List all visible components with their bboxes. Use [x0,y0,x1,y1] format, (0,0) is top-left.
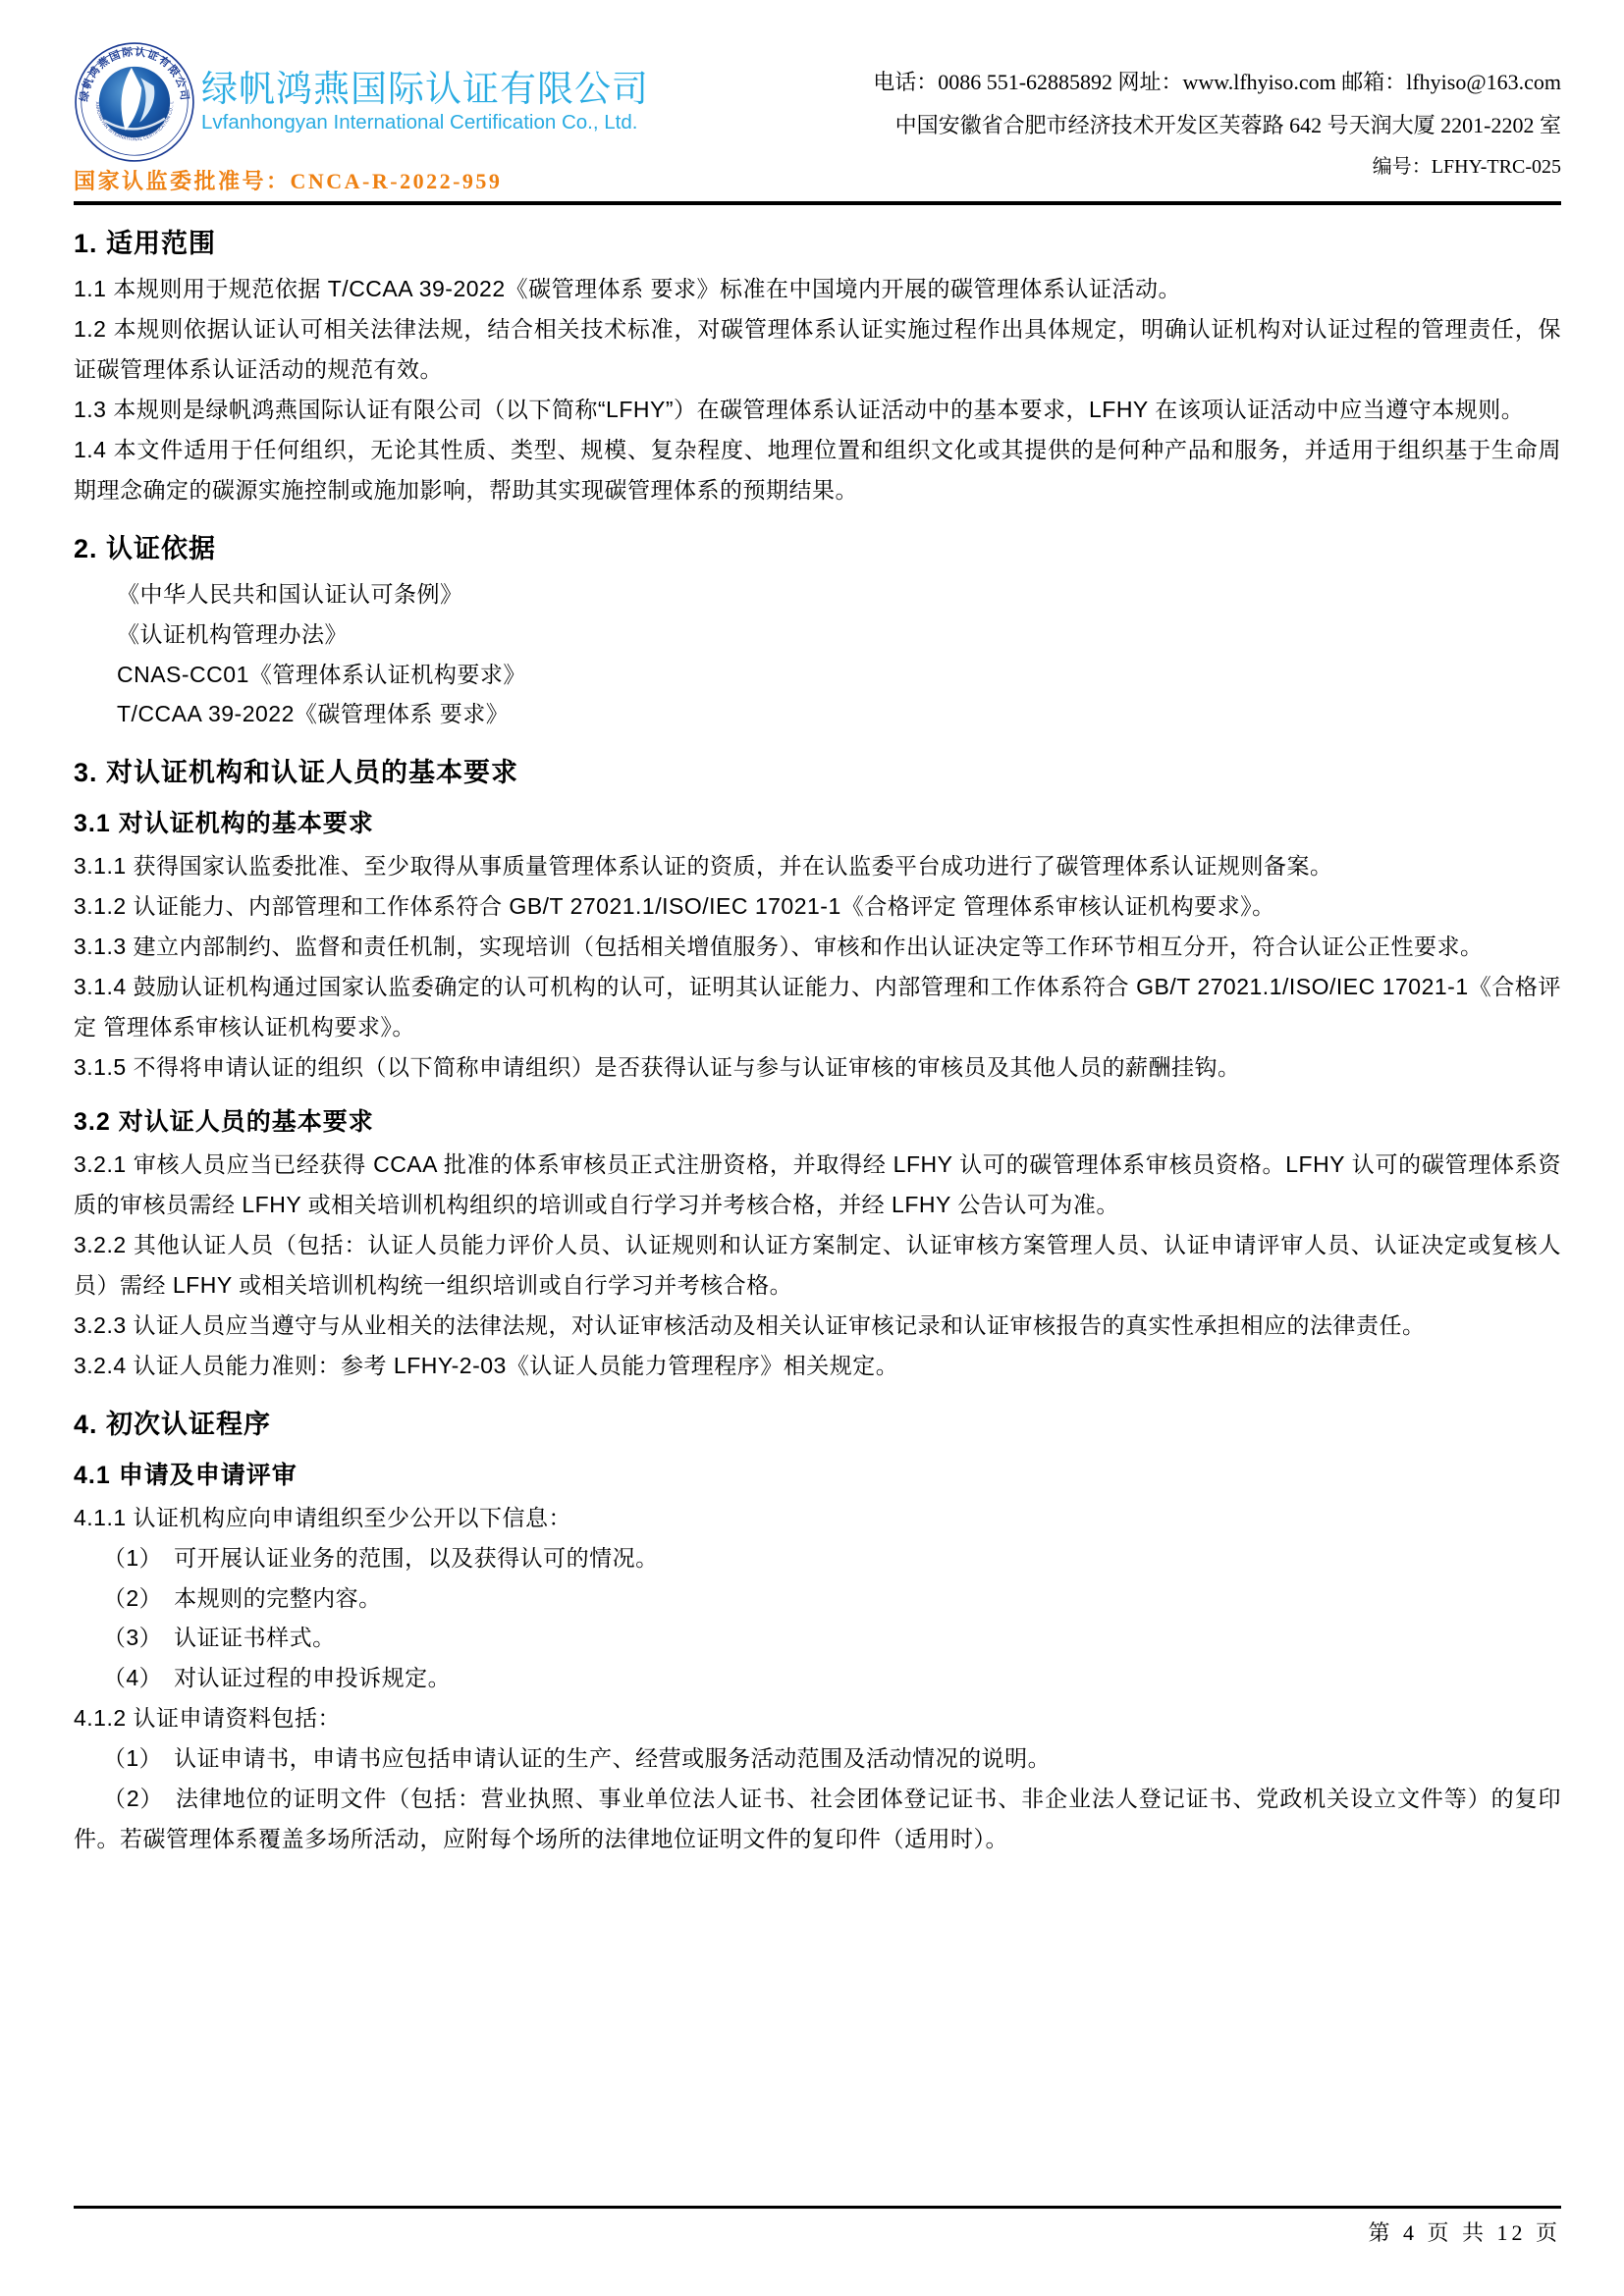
paragraph: 3.1.5 不得将申请认证的组织（以下简称申请组织）是否获得认证与参与认证审核的… [74,1047,1561,1088]
paragraph: 3.2.3 认证人员应当遵守与从业相关的法律法规，对认证审核活动及相关认证审核记… [74,1306,1561,1346]
list-item: （4） 对认证过程的申投诉规定。 [74,1658,1561,1698]
document-page: 绿帆鸿燕国际认证有限公司 LVFANHONGYAN INTERNATIONAL … [0,0,1624,2296]
header-contact-block: 电话：0086 551-62885892 网址：www.lfhyiso.com … [873,41,1561,187]
list-item: （2） 本规则的完整内容。 [74,1578,1561,1619]
subsection-heading: 3.2 对认证人员的基本要求 [74,1102,1561,1138]
page-number: 第 4 页 共 12 页 [1368,2220,1561,2245]
paragraph: 1.2 本规则依据认证认可相关法律法规，结合相关技术标准，对碳管理体系认证实施过… [74,309,1561,390]
header-brand-block: 绿帆鸿燕国际认证有限公司 LVFANHONGYAN INTERNATIONAL … [74,41,649,195]
paragraph: 4.1.2 认证申请资料包括： [74,1698,1561,1738]
section-heading: 4. 初次认证程序 [74,1403,1561,1441]
list-item: （1） 认证申请书，申请书应包括申请认证的生产、经营或服务活动范围及活动情况的说… [74,1738,1561,1779]
paragraph: 4.1.1 认证机构应向申请组织至少公开以下信息： [74,1498,1561,1538]
paragraph: 3.2.4 认证人员能力准则：参考 LFHY-2-03《认证人员能力管理程序》相… [74,1346,1561,1386]
list-item: （3） 认证证书样式。 [74,1618,1561,1658]
list-item: （2） 法律地位的证明文件（包括：营业执照、事业单位法人证书、社会团体登记证书、… [74,1779,1561,1859]
company-name-en: Lvfanhongyan International Certification… [201,110,649,135]
reference-item: T/CCAA 39-2022《碳管理体系 要求》 [74,694,1561,734]
list-item: （1） 可开展认证业务的范围，以及获得认可的情况。 [74,1538,1561,1578]
paragraph: 1.3 本规则是绿帆鸿燕国际认证有限公司（以下简称“LFHY”）在碳管理体系认证… [74,390,1561,430]
cnca-approval-number: 国家认监委批准号：CNCA-R-2022-959 [74,165,649,195]
paragraph: 3.1.4 鼓励认证机构通过国家认监委确定的认可机构的认可，证明其认证能力、内部… [74,967,1561,1047]
company-logo-icon: 绿帆鸿燕国际认证有限公司 LVFANHONGYAN INTERNATIONAL … [74,41,195,163]
section-heading: 2. 认证依据 [74,527,1561,565]
reference-item: CNAS-CC01《管理体系认证机构要求》 [74,655,1561,695]
contact-line-phone-web-mail: 电话：0086 551-62885892 网址：www.lfhyiso.com … [873,61,1561,104]
company-name-zh: 绿帆鸿燕国际认证有限公司 [201,69,649,111]
brand-row: 绿帆鸿燕国际认证有限公司 LVFANHONGYAN INTERNATIONAL … [74,41,649,163]
paragraph: 3.1.2 认证能力、内部管理和工作体系符合 GB/T 27021.1/ISO/… [74,886,1561,927]
section-heading: 3. 对认证机构和认证人员的基本要求 [74,751,1561,789]
document-footer: 第 4 页 共 12 页 [74,2206,1561,2247]
company-names: 绿帆鸿燕国际认证有限公司 Lvfanhongyan International … [201,69,649,135]
document-header: 绿帆鸿燕国际认证有限公司 LVFANHONGYAN INTERNATIONAL … [74,41,1561,205]
paragraph: 1.4 本文件适用于任何组织，无论其性质、类型、规模、复杂程度、地理位置和组织文… [74,430,1561,510]
reference-item: 《中华人民共和国认证认可条例》 [74,574,1561,614]
contact-line-address: 中国安徽省合肥市经济技术开发区芙蓉路 642 号天润大厦 2201-2202 室 [873,104,1561,147]
document-number: 编号：LFHY-TRC-025 [873,147,1561,187]
paragraph: 3.1.1 获得国家认监委批准、至少取得从事质量管理体系认证的资质，并在认监委平… [74,846,1561,886]
subsection-heading: 4.1 申请及申请评审 [74,1456,1561,1491]
subsection-heading: 3.1 对认证机构的基本要求 [74,804,1561,839]
paragraph: 3.2.1 审核人员应当已经获得 CCAA 批准的体系审核员正式注册资格，并取得… [74,1145,1561,1225]
section-heading: 1. 适用范围 [74,222,1561,260]
paragraph: 3.2.2 其他认证人员（包括：认证人员能力评价人员、认证规则和认证方案制定、认… [74,1225,1561,1306]
reference-item: 《认证机构管理办法》 [74,614,1561,655]
paragraph: 1.1 本规则用于规范依据 T/CCAA 39-2022《碳管理体系 要求》标准… [74,269,1561,309]
document-body: 1. 适用范围1.1 本规则用于规范依据 T/CCAA 39-2022《碳管理体… [74,222,1561,1859]
paragraph: 3.1.3 建立内部制约、监督和责任机制，实现培训（包括相关增值服务）、审核和作… [74,927,1561,967]
